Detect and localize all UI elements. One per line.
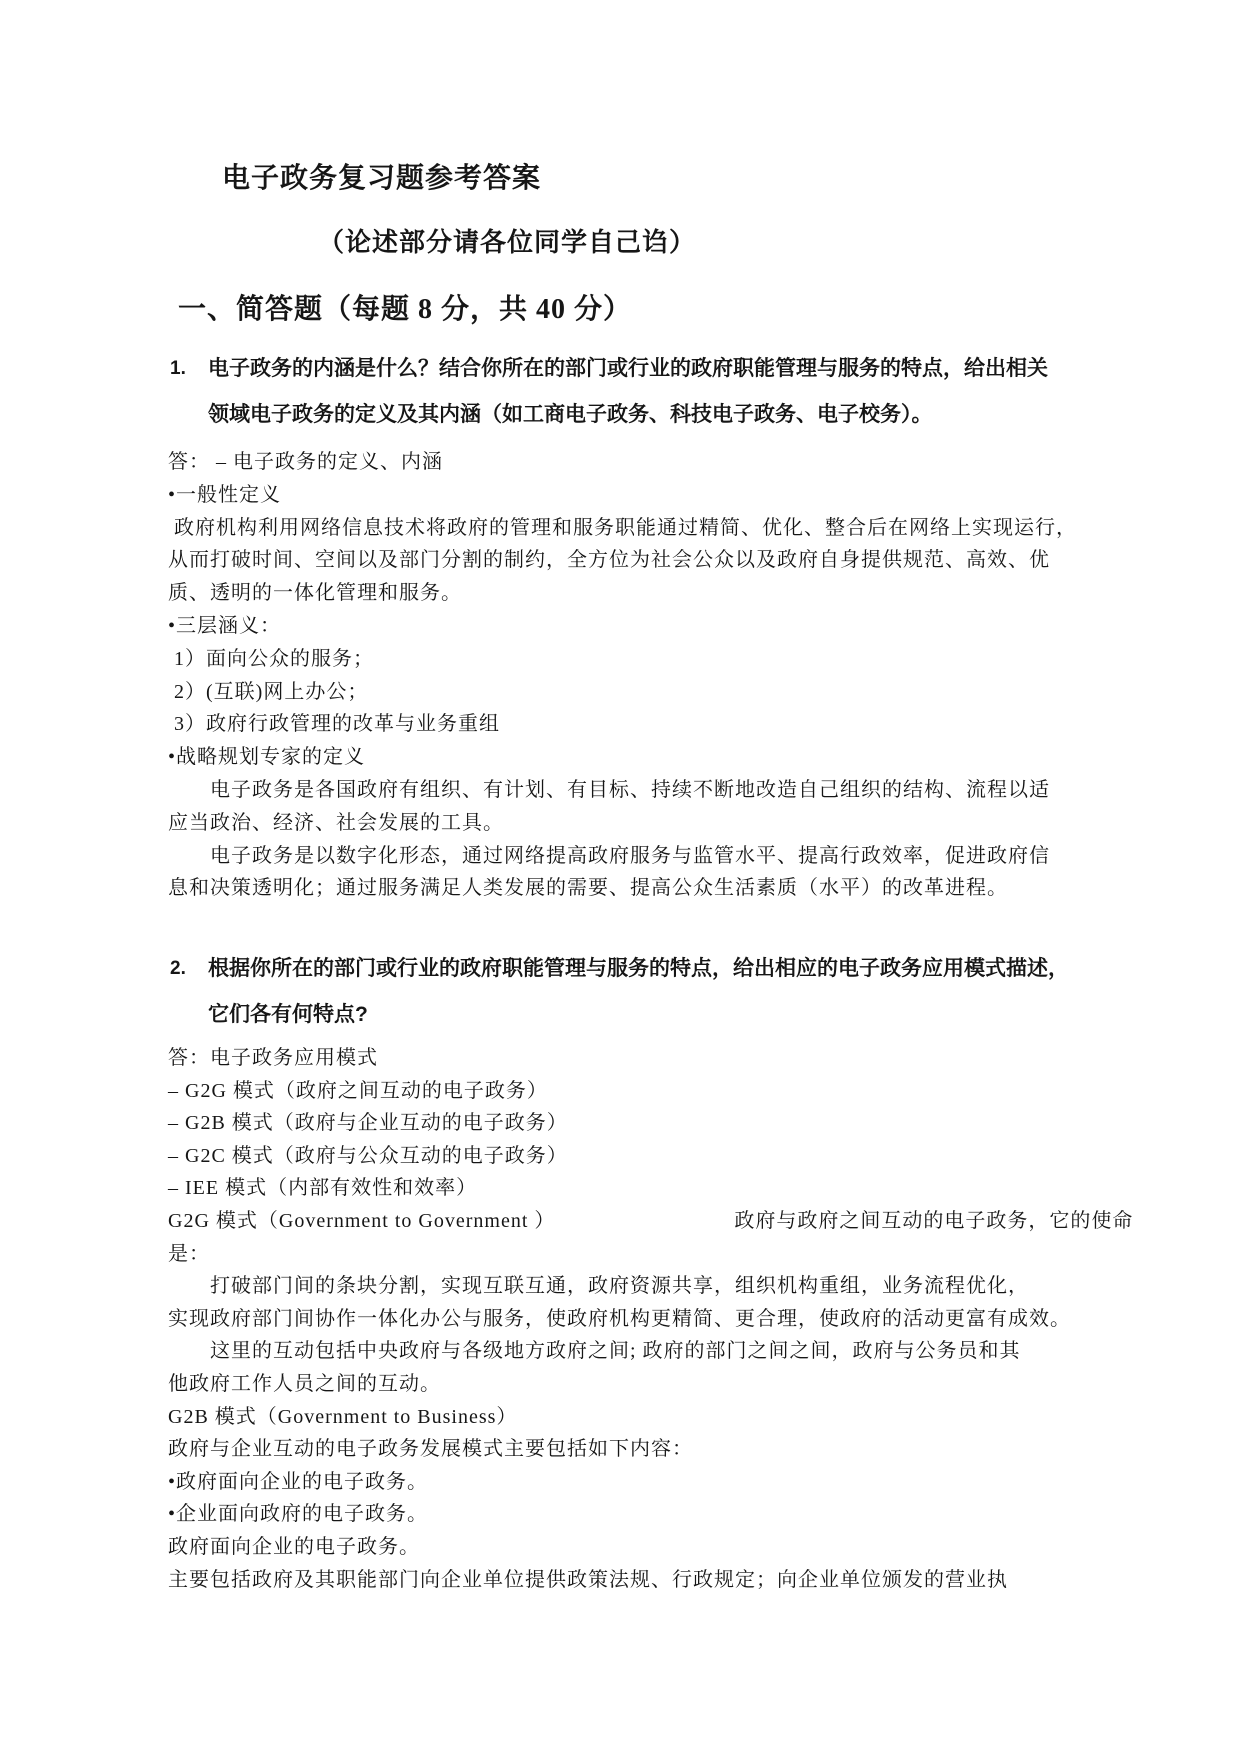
answer-2-line: 答：电子政务应用模式 <box>168 1042 1108 1075</box>
answer-2-line: – G2C 模式（政府与公众互动的电子政务） <box>168 1140 1108 1173</box>
question-2-text: 根据你所在的部门或行业的政府职能管理与服务的特点，给出相应的电子政务应用模式描述… <box>208 946 1069 1038</box>
question-1-number: 1. <box>170 346 208 392</box>
answer-1-line: •三层涵义： <box>168 610 1108 643</box>
answer-2-line: •政府面向企业的电子政务。 <box>168 1466 1108 1499</box>
answer-1-line: 应当政治、经济、社会发展的工具。 <box>168 807 1108 840</box>
answer-2-line: G2G 模式（Government to Government ） 政府与政府之… <box>168 1205 1108 1238</box>
question-1-text: 电子政务的内涵是什么？结合你所在的部门或行业的政府职能管理与服务的特点，给出相关… <box>208 346 1048 438</box>
answer-2-line: – G2G 模式（政府之间互动的电子政务） <box>168 1075 1108 1108</box>
answer-1-line: •一般性定义 <box>168 479 1108 512</box>
answer-1-line: 息和决策透明化；通过服务满足人类发展的需要、提高公众生活素质（水平）的改革进程。 <box>168 872 1108 905</box>
answer-1-line: 质、透明的一体化管理和服务。 <box>168 577 1108 610</box>
question-1: 1. 电子政务的内涵是什么？结合你所在的部门或行业的政府职能管理与服务的特点，给… <box>170 346 1120 438</box>
answer-2-line: 政府面向企业的电子政务。 <box>168 1531 1108 1564</box>
answer-1-line: 电子政务是各国政府有组织、有计划、有目标、持续不断地改造自己组织的结构、流程以适 <box>168 774 1108 807</box>
answer-2-line: 是： <box>168 1238 1108 1271</box>
answer-2-line: 实现政府部门间协作一体化办公与服务，使政府机构更精简、更合理，使政府的活动更富有… <box>168 1303 1108 1336</box>
question-2: 2. 根据你所在的部门或行业的政府职能管理与服务的特点，给出相应的电子政务应用模… <box>170 946 1120 1038</box>
answer-1-line: 从而打破时间、空间以及部门分割的制约，全方位为社会公众以及政府自身提供规范、高效… <box>168 544 1108 577</box>
page-title: 电子政务复习题参考答案 <box>222 156 541 196</box>
answer-2-line: 这里的互动包括中央政府与各级地方政府之间; 政府的部门之间之间，政府与公务员和其 <box>168 1335 1108 1368</box>
question-1-line: 电子政务的内涵是什么？结合你所在的部门或行业的政府职能管理与服务的特点，给出相关 <box>208 346 1048 392</box>
answer-2-line: – G2B 模式（政府与企业互动的电子政务） <box>168 1107 1108 1140</box>
answer-1: 答： – 电子政务的定义、内涵 •一般性定义 政府机构利用网络信息技术将政府的管… <box>168 446 1108 905</box>
answer-2-line: – IEE 模式（内部有效性和效率） <box>168 1172 1108 1205</box>
answer-2-line: 政府与企业互动的电子政务发展模式主要包括如下内容： <box>168 1433 1108 1466</box>
question-2-number: 2. <box>170 946 208 992</box>
answer-1-line: 答： – 电子政务的定义、内涵 <box>168 446 1108 479</box>
answer-1-line: 3）政府行政管理的改革与业务重组 <box>168 708 1108 741</box>
answer-1-line: 2）(互联)网上办公； <box>168 676 1108 709</box>
answer-2-line: •企业面向政府的电子政务。 <box>168 1498 1108 1531</box>
document-page-background: { "document": { "title": "电子政务复习题参考答案", … <box>0 0 1241 1754</box>
question-2-line: 根据你所在的部门或行业的政府职能管理与服务的特点，给出相应的电子政务应用模式描述… <box>208 946 1069 992</box>
answer-2-line: 主要包括政府及其职能部门向企业单位提供政策法规、行政规定；向企业单位颁发的营业执 <box>168 1564 1108 1597</box>
answer-1-line: 1）面向公众的服务； <box>168 643 1108 676</box>
document-page: 电子政务复习题参考答案 （论述部分请各位同学自己诌） 一、简答题（每题 8 分，… <box>0 0 1241 1754</box>
question-1-line: 领域电子政务的定义及其内涵（如工商电子政务、科技电子政务、电子校务）。 <box>208 392 1048 438</box>
page-subtitle: （论述部分请各位同学自己诌） <box>318 222 696 259</box>
answer-2-line: G2B 模式（Government to Business） <box>168 1401 1108 1434</box>
answer-2: 答：电子政务应用模式 – G2G 模式（政府之间互动的电子政务） – G2B 模… <box>168 1042 1108 1596</box>
answer-1-line: •战略规划专家的定义 <box>168 741 1108 774</box>
answer-2-line: 他政府工作人员之间的互动。 <box>168 1368 1108 1401</box>
answer-2-line: 打破部门间的条块分割，实现互联互通，政府资源共享，组织机构重组，业务流程优化， <box>168 1270 1108 1303</box>
answer-1-line: 政府机构利用网络信息技术将政府的管理和服务职能通过精简、优化、整合后在网络上实现… <box>168 512 1108 545</box>
answer-1-line: 电子政务是以数字化形态，通过网络提高政府服务与监管水平、提高行政效率，促进政府信 <box>168 840 1108 873</box>
section-heading: 一、简答题（每题 8 分，共 40 分） <box>178 287 632 327</box>
question-2-line: 它们各有何特点? <box>208 992 1069 1038</box>
